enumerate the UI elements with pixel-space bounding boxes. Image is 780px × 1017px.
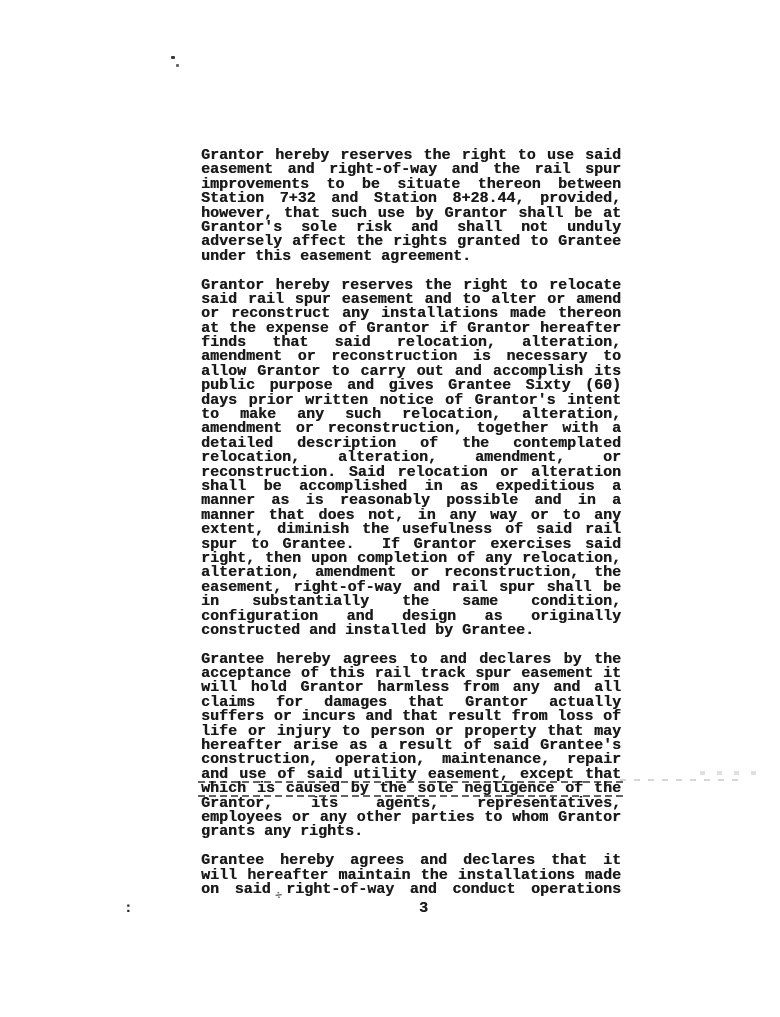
text-line: which is caused by the sole negligence o… xyxy=(201,782,621,796)
text-block: Grantor hereby reserves the right to use… xyxy=(201,149,621,897)
dashed-annotation-line-extension xyxy=(620,779,746,781)
artifact-colon-mark: : xyxy=(124,901,132,917)
paragraph: Grantee hereby agrees and declares that … xyxy=(201,854,621,897)
scan-speck-dots xyxy=(171,56,183,70)
scanned-page: Grantor hereby reserves the right to use… xyxy=(0,0,780,1017)
text-line: under this easement agreement. xyxy=(201,250,621,264)
paragraph: Grantor hereby reserves the right to rel… xyxy=(201,279,621,639)
text-line: on said right-of-way and conduct operati… xyxy=(201,883,621,897)
scan-edge-specks xyxy=(700,771,760,775)
text-line: constructed and installed by Grantee. xyxy=(201,624,621,638)
page-number: 3 xyxy=(419,900,428,917)
paragraph: Grantor hereby reserves the right to use… xyxy=(201,149,621,264)
paragraph: Grantee hereby agrees to and declares by… xyxy=(201,653,621,840)
text-line: grants any rights. xyxy=(201,825,621,839)
